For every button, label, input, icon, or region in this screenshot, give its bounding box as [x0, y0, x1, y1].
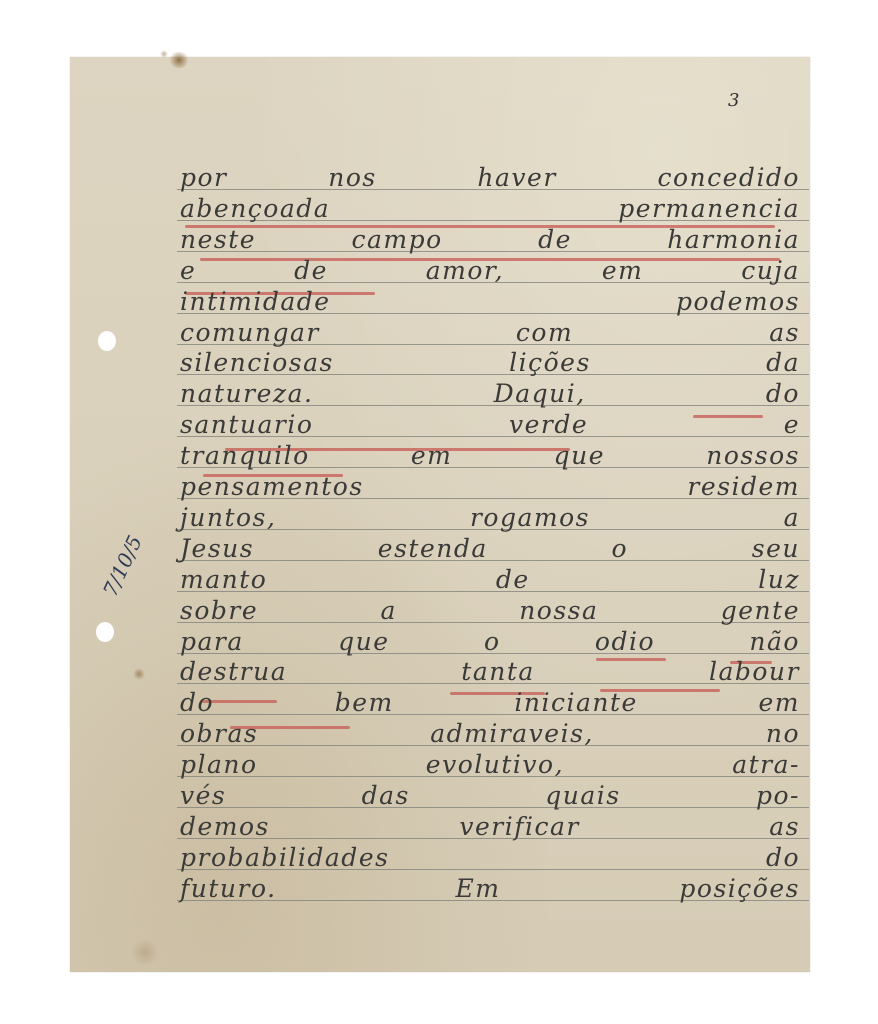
handwritten-word: o	[611, 533, 628, 564]
handwritten-word: luz	[758, 564, 800, 595]
handwritten-line: santuarioverdee	[180, 409, 800, 440]
handwritten-word: para	[180, 626, 244, 657]
handwritten-word: Jesus	[180, 533, 254, 564]
page-number: 3	[728, 90, 739, 111]
handwritten-word: não	[749, 626, 800, 657]
handwritten-word: sobre	[180, 595, 258, 626]
handwritten-word: harmonia	[667, 224, 800, 255]
handwritten-word: e	[180, 255, 196, 286]
punch-hole	[96, 622, 114, 642]
handwritten-word: santuario	[180, 409, 313, 440]
handwritten-word: Daqui,	[494, 378, 586, 409]
handwritten-line: probabilidadesdo	[180, 842, 800, 873]
handwritten-word: odio	[595, 626, 655, 657]
handwritten-word: cuja	[741, 255, 800, 286]
handwritten-word: amor,	[426, 255, 504, 286]
handwritten-line: natureza.Daqui,do	[180, 378, 800, 409]
handwritten-word: podemos	[676, 286, 800, 317]
handwritten-word: verificar	[459, 811, 579, 842]
handwritten-line: tranquiloemquenossos	[180, 440, 800, 471]
handwritten-line: Jesusestendaoseu	[180, 533, 800, 564]
handwritten-line: obrasadmiraveis,no	[180, 718, 800, 749]
handwritten-word: no	[766, 718, 800, 749]
handwritten-word: silenciosas	[180, 347, 334, 378]
handwritten-word: em	[602, 255, 644, 286]
handwritten-word: juntos,	[180, 502, 276, 533]
handwritten-word: evolutivo,	[426, 749, 564, 780]
handwritten-word: posições	[679, 873, 800, 904]
handwritten-word: vés	[180, 780, 226, 811]
handwritten-word: manto	[180, 564, 267, 595]
handwritten-word: comungar	[180, 317, 320, 348]
handwritten-word: nos	[328, 162, 376, 193]
handwritten-line: nestecampodeharmonia	[180, 224, 800, 255]
handwritten-word: com	[516, 317, 573, 348]
handwritten-word: atra-	[732, 749, 800, 780]
handwritten-word: da	[766, 347, 800, 378]
handwritten-word: tranquilo	[180, 440, 310, 471]
handwritten-word: que	[554, 440, 605, 471]
handwritten-word: a	[784, 502, 800, 533]
handwritten-word: do	[766, 842, 800, 873]
handwritten-word: labour	[709, 656, 800, 687]
ink-stain	[160, 50, 168, 58]
handwritten-word: iniciante	[514, 687, 637, 718]
handwritten-word: concedido	[657, 162, 800, 193]
handwritten-line: paraqueoodionão	[180, 626, 800, 657]
handwritten-line: vésdasquaispo-	[180, 780, 800, 811]
handwritten-word: Em	[455, 873, 500, 904]
handwritten-line: comungarcomas	[180, 317, 800, 348]
handwritten-word: intimidade	[180, 286, 331, 317]
handwritten-line: edeamor,emcuja	[180, 255, 800, 286]
handwritten-word: de	[496, 564, 530, 595]
handwritten-word: natureza.	[180, 378, 313, 409]
handwritten-word: seu	[752, 533, 800, 564]
handwritten-word: plano	[180, 749, 258, 780]
handwritten-word: quais	[545, 780, 620, 811]
handwritten-word: do	[766, 378, 800, 409]
handwritten-line: sobreanossagente	[180, 595, 800, 626]
handwritten-word: neste	[180, 224, 256, 255]
handwritten-line: pornoshaverconcedido	[180, 162, 800, 193]
handwritten-word: a	[380, 595, 396, 626]
handwritten-line: destruatantalabour	[180, 656, 800, 687]
handwritten-word: o	[484, 626, 501, 657]
ink-stain	[130, 940, 160, 965]
handwritten-word: por	[180, 162, 228, 193]
handwritten-word: lições	[509, 347, 591, 378]
ink-stain	[168, 52, 190, 68]
handwritten-word: gente	[721, 595, 800, 626]
handwritten-line: silenciosasliçõesda	[180, 347, 800, 378]
handwritten-word: nossos	[706, 440, 800, 471]
handwritten-line: demosverificaras	[180, 811, 800, 842]
handwritten-word: nossa	[519, 595, 598, 626]
handwritten-word: de	[538, 224, 572, 255]
handwritten-word: as	[769, 811, 800, 842]
punch-hole	[98, 331, 116, 351]
handwritten-line: dobeminicianteem	[180, 687, 800, 718]
handwritten-word: do	[180, 687, 214, 718]
handwritten-line: juntos,rogamosa	[180, 502, 800, 533]
handwritten-word: estenda	[378, 533, 488, 564]
handwritten-word: obras	[180, 718, 258, 749]
handwritten-word: campo	[351, 224, 442, 255]
handwritten-word: destrua	[180, 656, 287, 687]
ink-stain	[133, 668, 145, 680]
handwritten-word: po-	[756, 780, 800, 811]
handwritten-word: em	[411, 440, 453, 471]
handwritten-word: abençoada	[180, 193, 330, 224]
handwritten-word: e	[784, 409, 800, 440]
handwritten-line: pensamentosresidem	[180, 471, 800, 502]
handwritten-line: abençoadapermanencia	[180, 193, 800, 224]
handwritten-word: permanencia	[618, 193, 800, 224]
handwritten-word: futuro.	[180, 873, 277, 904]
handwritten-word: as	[769, 317, 800, 348]
handwritten-word: pensamentos	[180, 471, 364, 502]
handwritten-word: demos	[180, 811, 270, 842]
handwritten-word: rogamos	[470, 502, 590, 533]
handwritten-line: intimidadepodemos	[180, 286, 800, 317]
handwritten-word: em	[758, 687, 800, 718]
handwritten-word: tanta	[461, 656, 535, 687]
handwritten-word: das	[362, 780, 410, 811]
handwritten-word: verde	[509, 409, 588, 440]
handwritten-line: planoevolutivo,atra-	[180, 749, 800, 780]
handwritten-line: mantodeluz	[180, 564, 800, 595]
handwritten-word: de	[294, 255, 328, 286]
handwritten-line: futuro.Emposições	[180, 873, 800, 904]
handwritten-word: bem	[335, 687, 394, 718]
handwritten-word: probabilidades	[180, 842, 389, 873]
handwritten-word: que	[338, 626, 389, 657]
handwritten-word: admiraveis,	[430, 718, 594, 749]
handwritten-word: haver	[477, 162, 556, 193]
handwritten-word: residem	[687, 471, 800, 502]
